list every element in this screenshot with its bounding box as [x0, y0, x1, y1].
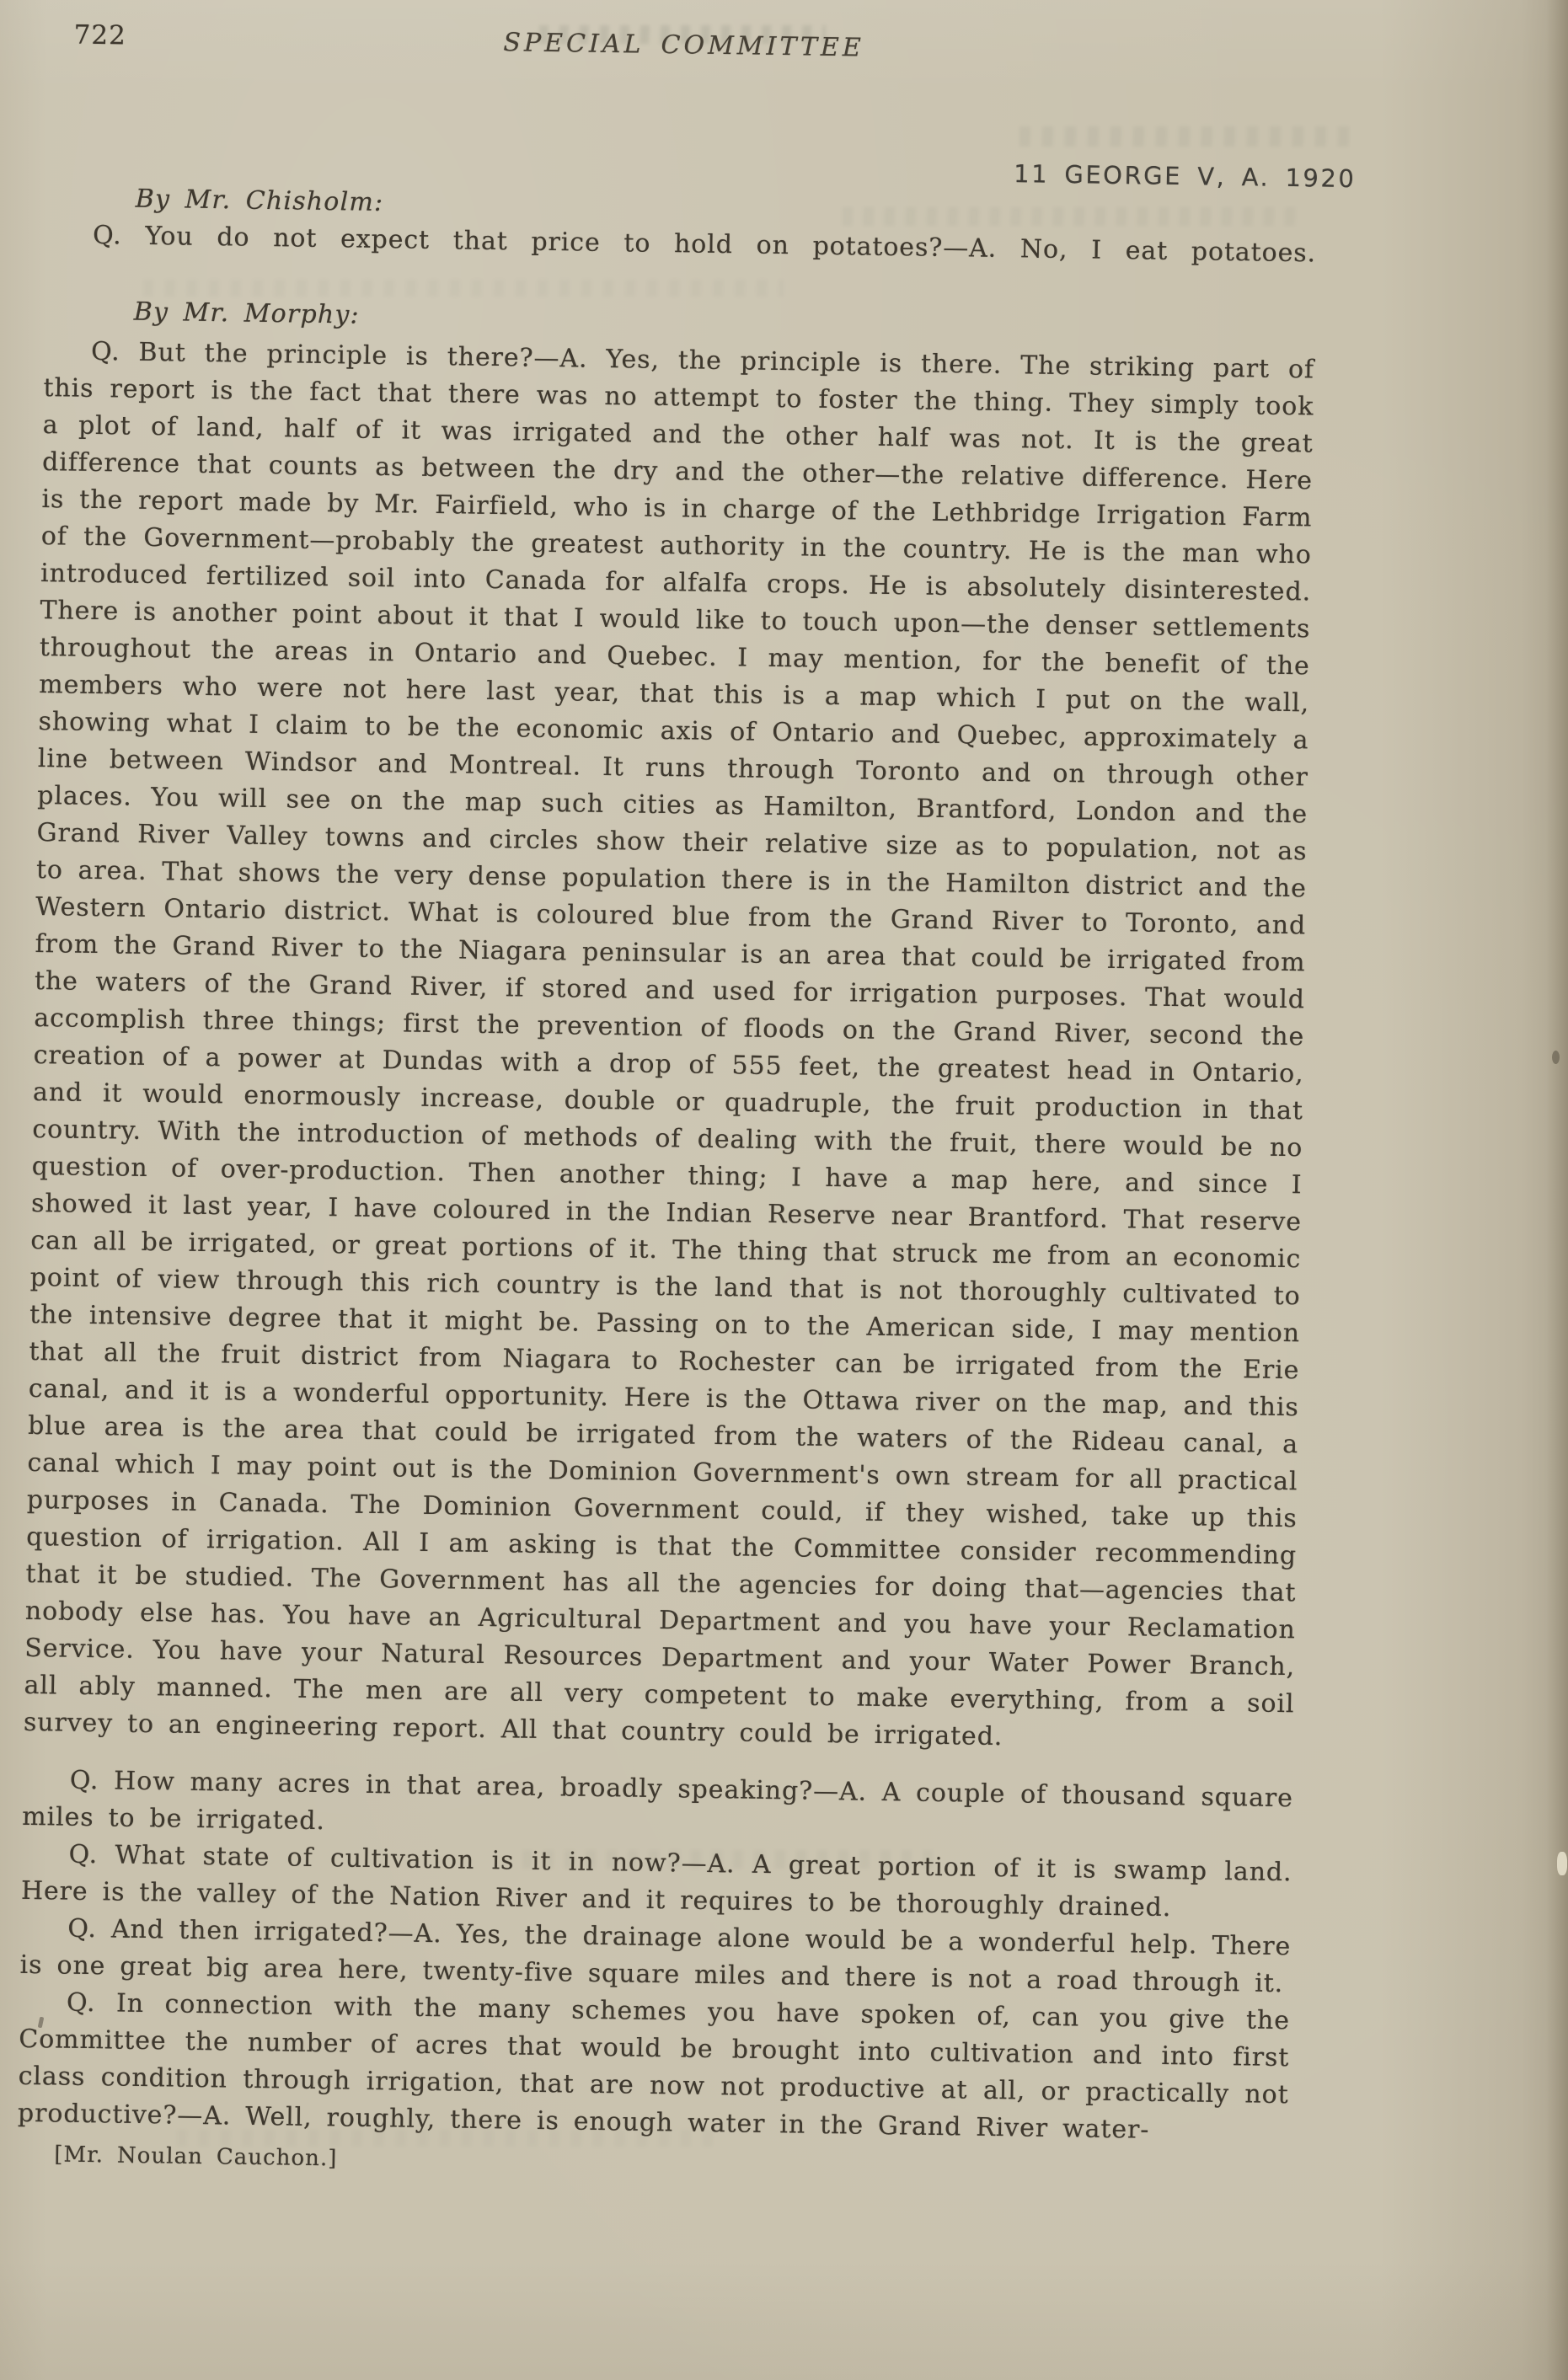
transcript-paragraph: Q. But the principle is there?—A. Yes, t…: [24, 333, 1315, 1760]
running-header: SPECIAL COMMITTEE: [503, 24, 864, 67]
page-edge-shadow: [1546, 0, 1568, 2380]
transcript-paragraph: Q. In connection with the many schemes y…: [18, 1984, 1290, 2151]
page-content: 722 SPECIAL COMMITTEE 11 GEORGE V, A. 19…: [17, 16, 1319, 2190]
masthead: 722 SPECIAL COMMITTEE: [48, 16, 1319, 72]
paper-chip: [1557, 1852, 1567, 1875]
ink-speck: [1552, 1051, 1560, 1064]
scanned-page: 722 SPECIAL COMMITTEE 11 GEORGE V, A. 19…: [0, 0, 1568, 2380]
page-number: 722: [73, 17, 126, 55]
